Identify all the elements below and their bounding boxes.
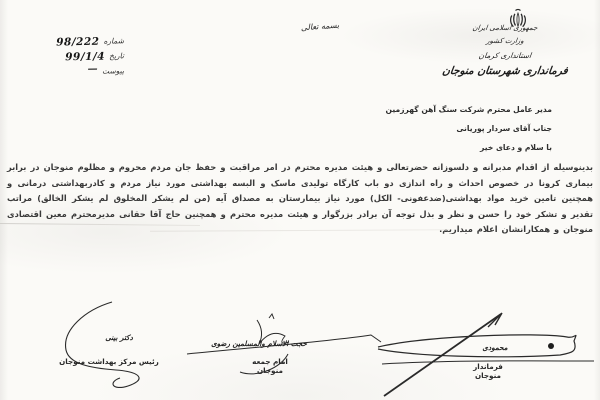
besmeleh: بسمه تعالی [288,20,352,33]
letterhead-office: فرمانداری شهرستان منوجان [439,65,571,77]
scanned-letter-page: جمهوری اسلامی ایران وزارت کشور استانداری… [0,0,600,400]
attachment-value: — [87,64,98,75]
signature-name-doctor: دکتر بینی [96,333,142,342]
letterhead-country: جمهوری اسلامی ایران [439,24,570,32]
signature-name-governor: محمودی [472,343,518,352]
recipient-block: مدیر عامل محترم شرکت سنگ آهن گهرزمین جنا… [386,105,552,162]
number-label: شماره [103,36,124,45]
signature-title-doctor: رئیس مرکز بهداشت منوجان [58,357,160,366]
date-label: تاریخ [109,51,124,60]
recipient-line1: مدیر عامل محترم شرکت سنگ آهن گهرزمین [386,105,552,114]
letter-meta-fields: شماره 98/222 تاریخ 99/1/4 پیوست — [40,34,124,79]
recipient-line2: جناب آقای سردار پوریانی [386,124,552,133]
letterhead-ministry: وزارت کشور [439,37,570,45]
attachment-field: پیوست — [40,63,124,79]
date-field: تاریخ 99/1/4 [40,48,124,64]
letterhead: جمهوری اسلامی ایران وزارت کشور استانداری… [440,24,570,77]
doctor-signature-stroke-icon [50,296,170,396]
signature-name-imam: حجت الاسلام والمسلمین رضوی [207,339,311,348]
letter-body: بدینوسیله از اقدام مدبرانه و دلسوزانه حض… [7,160,593,238]
recipient-line3: با سلام و دعای خیر [386,143,552,152]
date-value: 99/1/4 [65,50,105,63]
number-value: 98/222 [56,35,100,48]
signature-title-governor: فرماندار منوجان [460,362,516,380]
letterhead-province: استانداری کرمان [439,51,570,60]
attachment-label: پیوست [102,66,124,75]
number-field: شماره 98/222 [40,33,124,49]
signature-title-imam: امام جمعه منوجان [240,357,300,375]
